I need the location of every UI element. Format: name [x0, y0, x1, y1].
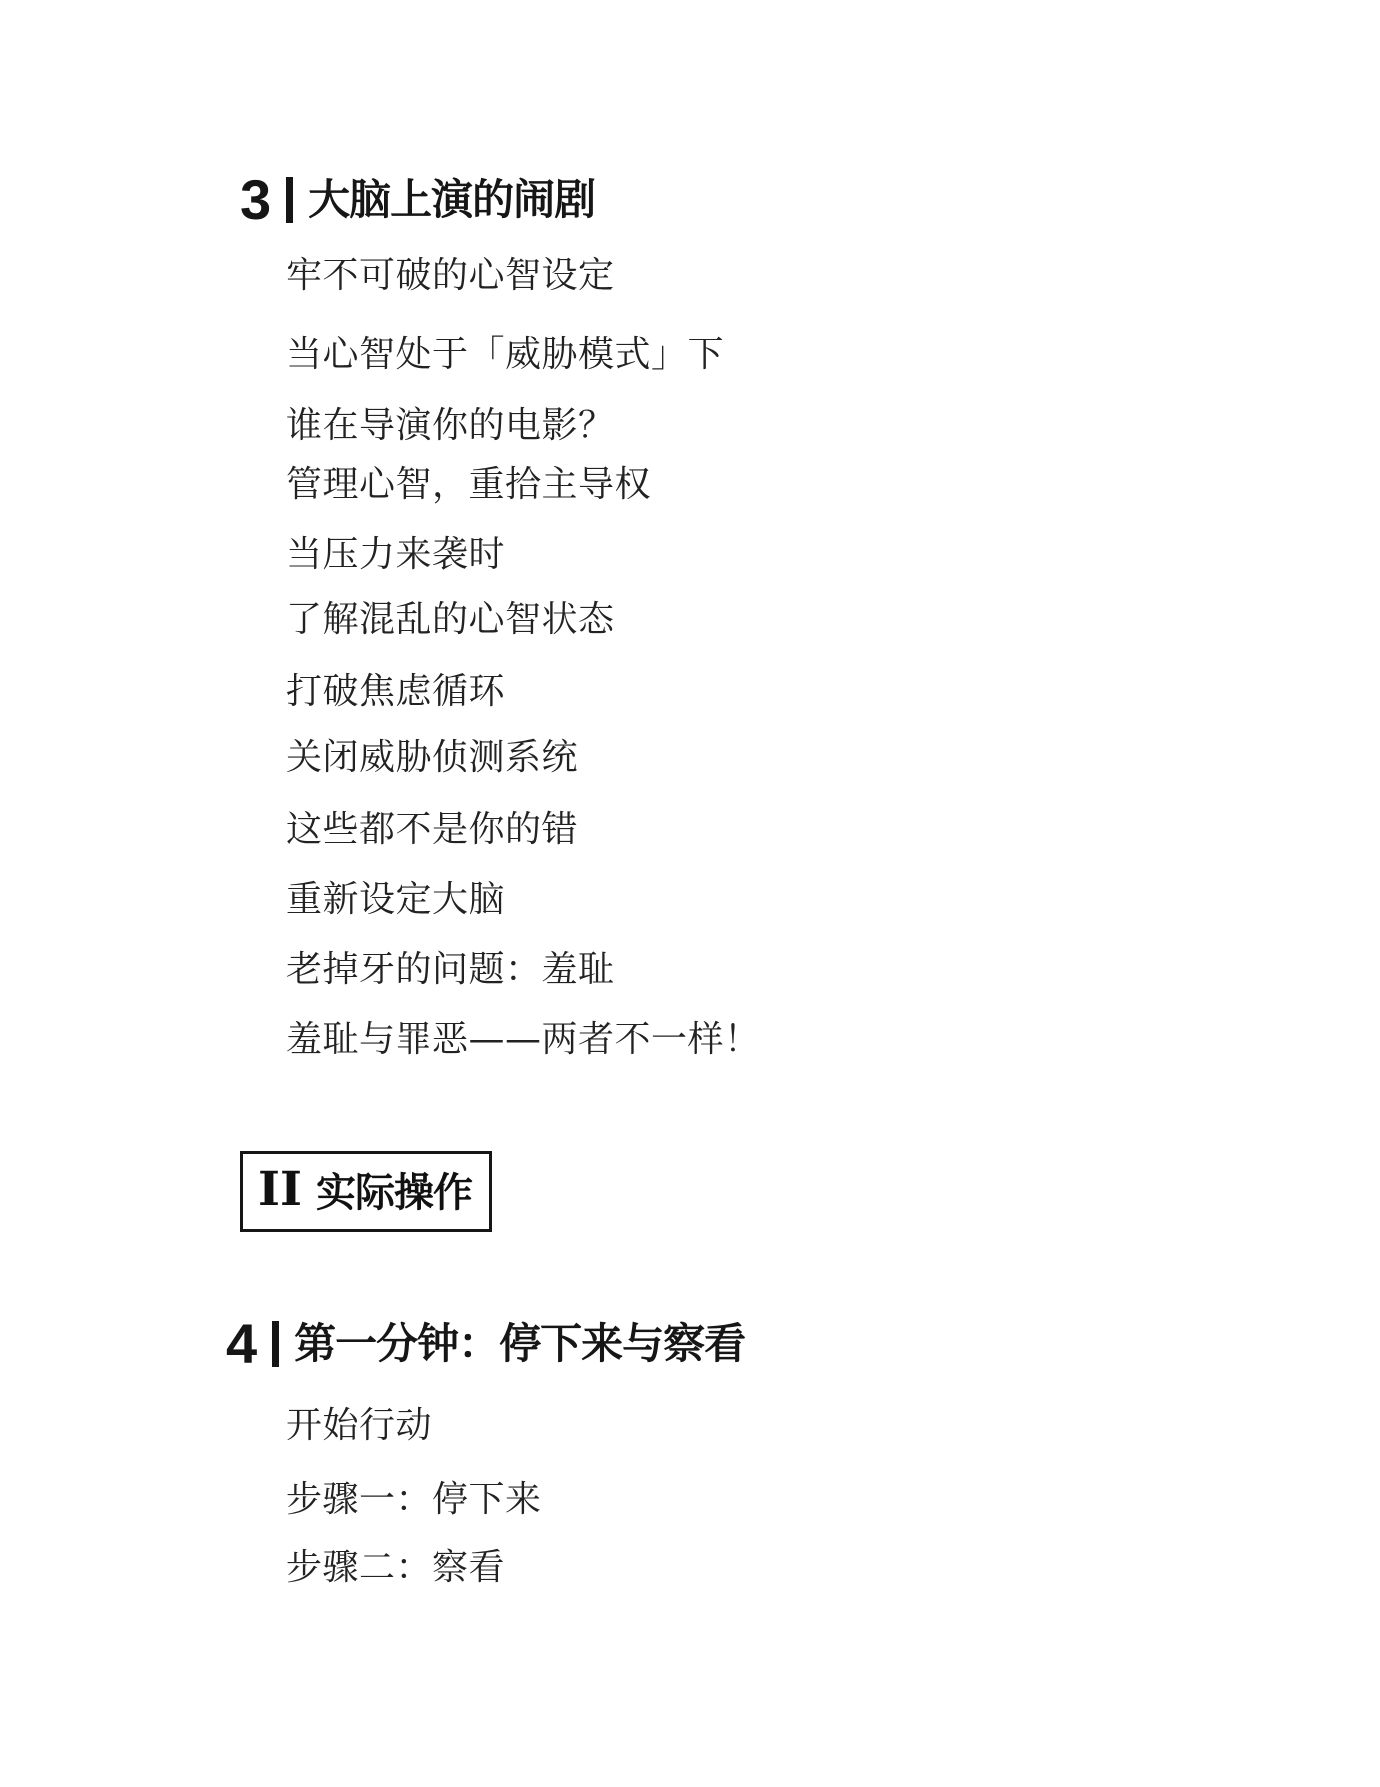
- toc-item-chapter3-9[interactable]: 重新设定大脑: [286, 878, 505, 921]
- toc-item-chapter3-10[interactable]: 老掉牙的问题：羞耻: [286, 948, 615, 991]
- chapter-3-number: 3: [240, 172, 271, 228]
- toc-item-chapter3-0[interactable]: 牢不可破的心智设定: [286, 254, 615, 297]
- toc-item-chapter3-3[interactable]: 管理心智，重拾主导权: [286, 463, 651, 506]
- toc-page: 3 大脑上演的闹剧 牢不可破的心智设定 当心智处于「威胁模式」下 谁在导演你的电…: [0, 0, 1380, 1787]
- toc-item-chapter3-2[interactable]: 谁在导演你的电影？: [286, 404, 615, 447]
- part-2-numeral: II: [258, 1166, 302, 1213]
- toc-item-chapter3-7[interactable]: 关闭威胁侦测系统: [286, 736, 578, 779]
- toc-item-chapter3-1[interactable]: 当心智处于「威胁模式」下: [286, 333, 724, 376]
- chapter-4-heading[interactable]: 4 第一分钟：停下来与察看: [226, 1316, 745, 1372]
- heading-separator-bar: [286, 177, 293, 223]
- toc-item-chapter4-2[interactable]: 步骤二：察看: [286, 1546, 505, 1589]
- part-2-heading[interactable]: II 实际操作: [240, 1151, 492, 1232]
- chapter-3-heading[interactable]: 3 大脑上演的闹剧: [240, 172, 595, 228]
- toc-item-chapter3-11[interactable]: 羞耻与罪恶——两者不一样！: [286, 1018, 761, 1061]
- heading-separator-bar: [272, 1321, 279, 1367]
- chapter-4-title: 第一分钟：停下来与察看: [294, 1321, 745, 1367]
- toc-item-chapter3-6[interactable]: 打破焦虑循环: [286, 670, 505, 713]
- toc-item-chapter3-4[interactable]: 当压力来袭时: [286, 533, 505, 576]
- chapter-4-number: 4: [226, 1316, 257, 1372]
- toc-item-chapter3-5[interactable]: 了解混乱的心智状态: [286, 598, 615, 641]
- toc-item-chapter3-8[interactable]: 这些都不是你的错: [286, 808, 578, 851]
- toc-item-chapter4-0[interactable]: 开始行动: [286, 1404, 432, 1447]
- part-2-title: 实际操作: [316, 1161, 472, 1218]
- chapter-3-title: 大脑上演的闹剧: [308, 177, 595, 223]
- toc-item-chapter4-1[interactable]: 步骤一：停下来: [286, 1478, 542, 1521]
